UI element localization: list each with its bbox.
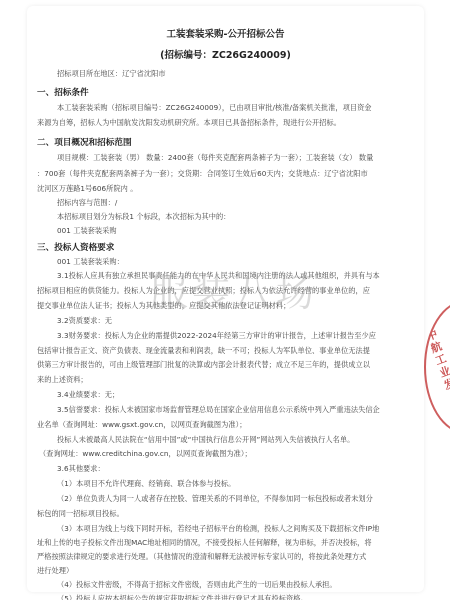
section-3-line: 进行处理） (37, 566, 73, 576)
official-seal-stamp: 中航工业发 (424, 300, 450, 434)
section-3-line: （查询网址：www.creditchina.gov.cn，以网页查询截图为准）； (39, 449, 252, 459)
section-heading-2: 二、项目概况和招标范围 (37, 136, 132, 148)
section-heading-1: 一、招标条件 (37, 86, 89, 98)
section-heading-3: 三、投标人资格要求 (37, 241, 114, 253)
section-3-line: 供第三方审计报告的，可由上级管理部门批复的决算或内部会计报表代替；成立不足三年的… (37, 360, 370, 370)
section-1-line: 本工装套装采购（招标项目编号：ZC26G240009），已由项目审批/核准/备案… (57, 103, 372, 113)
section-3-line: 3.5信誉要求：投标人未被国家市场监督管理总局在国家企业信用信息公示系统中列入严… (57, 405, 380, 415)
section-3-line: 来的上述资料； (37, 375, 88, 385)
location-line: 招标项目所在地区：辽宁省沈阳市 (57, 69, 166, 79)
section-2-line: 项目规模：工装套装（男） 数量：2400套（每件夹克配套两条裤子为一套）；工装套… (57, 153, 373, 163)
section-3-line: 3.6其他要求： (57, 464, 105, 474)
section-3-line: （2）单位负责人为同一人或者存在控股、管理关系的不同单位，不得参加同一标包投标或… (57, 494, 373, 504)
section-3-line: （5）投标人应按本招标公告的规定获取招标文件并进行登记才具有投标资格。 (57, 594, 308, 600)
section-1-line: 来源为自筹，招标人为中国航发沈阳发动机研究所。本项目已具备招标条件，现进行公开招… (37, 118, 341, 128)
section-3-line: 3.4业绩要求：无； (57, 390, 119, 400)
section-3-line: 提交事业单位法人证书；投标人为其他类型的，应提交其他依法登记证明材料； (37, 301, 290, 311)
section-3-line: 业名单（查询网址：www.gsxt.gov.cn，以网页查询截图为准）； (37, 420, 247, 430)
section-3-line: 严格按照法律规定的要求进行处理。（其他情况的澄清和解释无法被评标专家认可的，将按… (37, 552, 366, 562)
announcement-card: 工装套装采购-公开招标公告 (招标编号：ZC26G240009) 招标项目所在地… (27, 6, 424, 592)
section-3-line: 001 工装套装采购： (57, 257, 124, 267)
section-3-line: 投标人未被最高人民法院在“信用中国”或“中国执行信息公开网”网站列入失信被执行人… (57, 435, 354, 445)
document-subtitle: (招标编号：ZC26G240009) (27, 47, 424, 61)
section-2-line: 沈河区万莲路1号606所院内 。 (37, 184, 137, 194)
section-3-line: 3.2资质要求：无 (57, 316, 112, 326)
section-3-line: 标包的同一招标项目投标。 (37, 509, 124, 519)
section-3-line: （4）投标文件密级，不得高于招标文件密级，否则由此产生的一切后果由投标人承担。 (57, 580, 337, 590)
section-3-line: （1）本项目不允许代理商、经销商、联合体参与投标。 (57, 479, 235, 489)
section-2-line: 招标内容与范围：/ (57, 198, 117, 208)
section-3-line: 3.1投标人应具有独立承担民事责任能力的在中华人民共和国境内注册的法人或其他组织… (57, 271, 380, 281)
section-3-line: 包括审计报告正文、资产负债表、现金流量表和利润表，缺一不可；投标人为军队单位、事… (37, 346, 370, 356)
stamp-text: 中航工业发 (424, 327, 450, 394)
section-2-line: ：700套（每件夹克配套两条裤子为一套）；交货期：合同签订生效后60天内；交货地… (37, 169, 368, 179)
section-2-line: 001 工装套装采购 (57, 226, 117, 236)
section-3-line: 招标项目相应的供货能力。投标人为企业的，应提交营业执照；投标人为依法允许经营的事… (37, 286, 370, 296)
section-2-line: 本招标项目划分为标段1 个标段，本次招标为其中的： (57, 212, 230, 222)
section-3-line: 址和上传的电子投标文件出现MAC地址相同的情况，不接受投标人任何解释，视为串标，… (37, 538, 372, 548)
document-title: 工装套装采购-公开招标公告 (27, 26, 424, 40)
section-3-line: 3.3财务要求：投标人为企业的需提供2022-2024年经第三方审计的审计报告，… (57, 331, 376, 341)
section-3-line: （3）本项目为线上与线下同时开标，若经电子招标平台的检测，投标人之间购买及下载招… (57, 524, 379, 534)
